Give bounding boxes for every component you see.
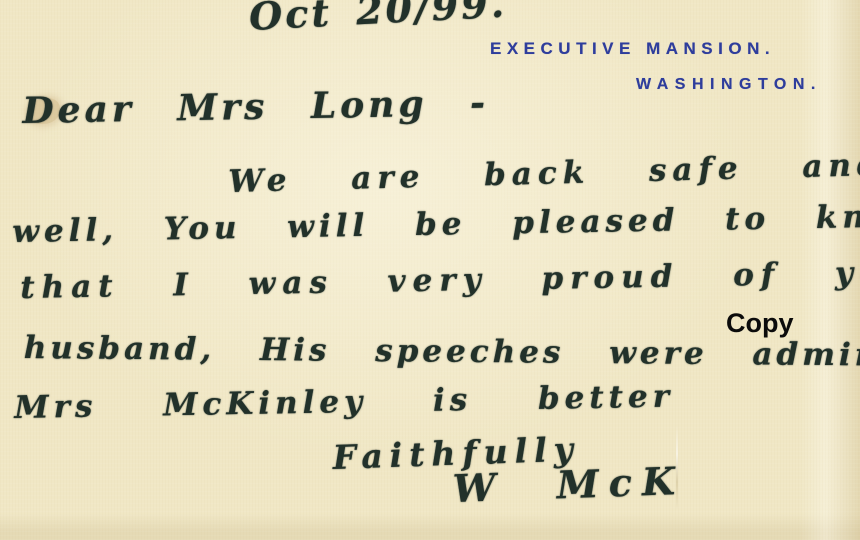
signature: W McK: [452, 458, 686, 511]
letterhead-washington: WASHINGTON.: [636, 76, 822, 94]
copy-watermark: Copy: [726, 308, 794, 339]
handwriting-line-5: Mrs McKinley is better: [14, 378, 674, 426]
salutation-line: Dear Mrs Long -: [22, 82, 489, 132]
letter-date: Oct 20/99.: [248, 0, 508, 39]
letter-page: Oct 20/99. EXECUTIVE MANSION. WASHINGTON…: [0, 0, 860, 540]
handwriting-line-2: well, You will be pleased to know: [12, 198, 860, 250]
letterhead-executive-mansion: EXECUTIVE MANSION.: [490, 39, 775, 59]
handwriting-line-1: We are back safe and: [228, 147, 860, 200]
handwriting-line-3: that I was very proud of your: [20, 254, 860, 306]
